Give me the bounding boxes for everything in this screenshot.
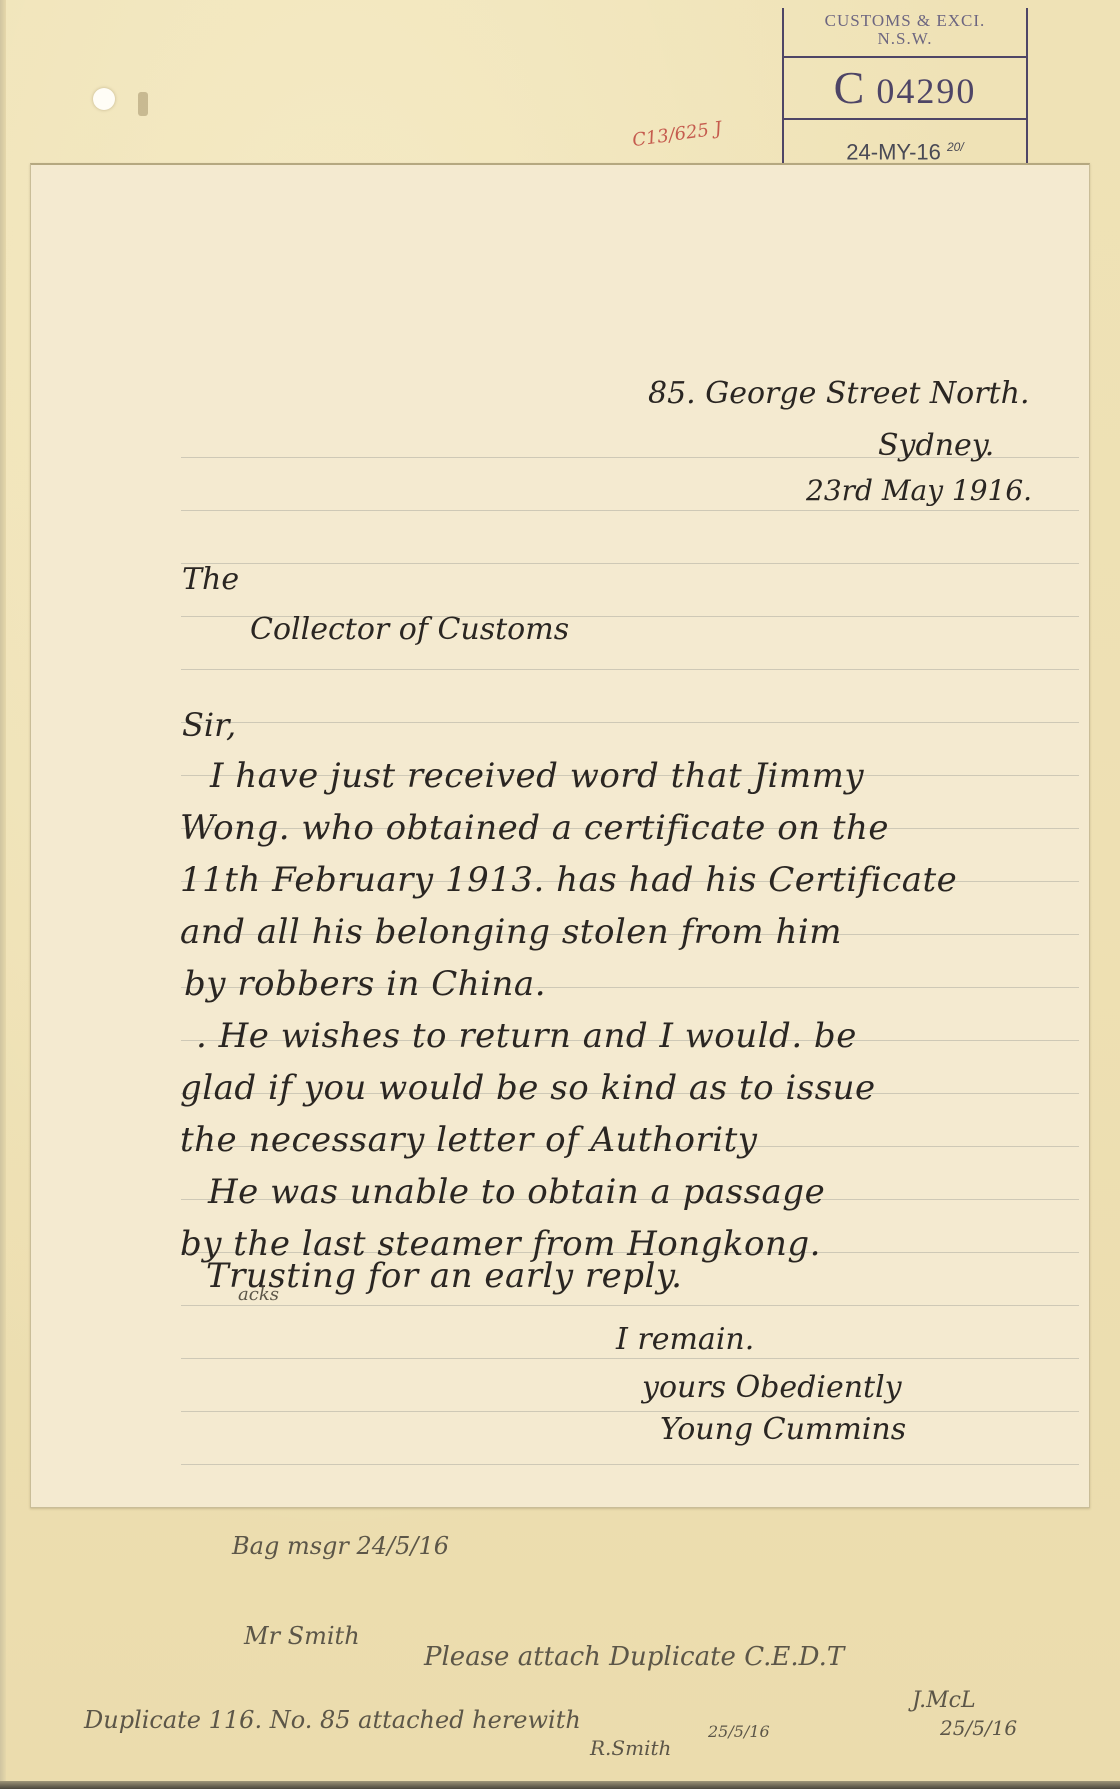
salutation: Sir, <box>182 706 236 744</box>
body-line: . He wishes to return and I would. be <box>196 1016 857 1056</box>
document-page: CUSTOMS & EXCI. N.S.W. C04290 24-MY-16 2… <box>0 0 1120 1789</box>
paper-mark <box>138 92 148 116</box>
body-line: glad if you would be so kind as to issue <box>180 1068 876 1108</box>
annotation-bag-messenger: Bag msgr 24/5/16 <box>232 1532 449 1560</box>
customs-stamp-number-row: C04290 <box>784 58 1026 120</box>
customs-stamp-date: 24-MY-16 <box>846 139 941 164</box>
recipient-line1: The <box>182 562 239 597</box>
body-line: 11th February 1913. has had his Certific… <box>180 860 957 900</box>
annotation-initials: J.McL <box>912 1688 976 1713</box>
customs-stamp-prefix: C <box>834 62 867 113</box>
annotation-addressee: Mr Smith <box>244 1622 360 1650</box>
annotation-initials-date: 25/5/16 <box>940 1716 1017 1740</box>
letter-date: 23rd May 1916. <box>806 474 1032 507</box>
sender-street: 85. George Street North. <box>648 376 1029 411</box>
page-bottom-edge <box>0 1781 1120 1789</box>
red-reference-number: C13/625 J <box>631 118 723 151</box>
customs-stamp-header: CUSTOMS & EXCI. N.S.W. <box>784 8 1026 58</box>
closing-valediction: yours Obediently <box>642 1370 902 1405</box>
body-line: by robbers in China. <box>184 964 546 1004</box>
closing-line: I remain. <box>616 1322 754 1357</box>
customs-stamp-state: N.S.W. <box>784 30 1026 48</box>
annotation-instruction: Please attach Duplicate C.E.D.T <box>424 1642 844 1672</box>
annotation-signature: R.Smith <box>590 1736 671 1760</box>
body-line: I have just received word that Jimmy <box>210 756 864 796</box>
customs-stamp-date-suffix: 20/ <box>947 140 964 154</box>
customs-stamp-number: 04290 <box>876 71 976 111</box>
signature: Young Cummins <box>660 1412 906 1447</box>
customs-stamp: CUSTOMS & EXCI. N.S.W. C04290 24-MY-16 2… <box>782 8 1028 176</box>
customs-stamp-title: CUSTOMS & EXCI. <box>784 12 1026 30</box>
punch-hole <box>93 88 115 110</box>
body-line: the necessary letter of Authority <box>180 1120 757 1160</box>
page-edge <box>0 0 6 1789</box>
recipient-line2: Collector of Customs <box>250 612 569 647</box>
body-line: and all his belonging stolen from him <box>180 912 842 952</box>
sender-city: Sydney. <box>878 428 994 463</box>
annotation-duplicate: Duplicate 116. No. 85 attached herewith <box>84 1706 581 1734</box>
annotation-signature-date: 25/5/16 <box>708 1722 770 1741</box>
body-line: He was unable to obtain a passage <box>208 1172 825 1212</box>
margin-note-acks: acks <box>238 1284 279 1305</box>
body-line: Wong. who obtained a certificate on the <box>180 808 889 848</box>
